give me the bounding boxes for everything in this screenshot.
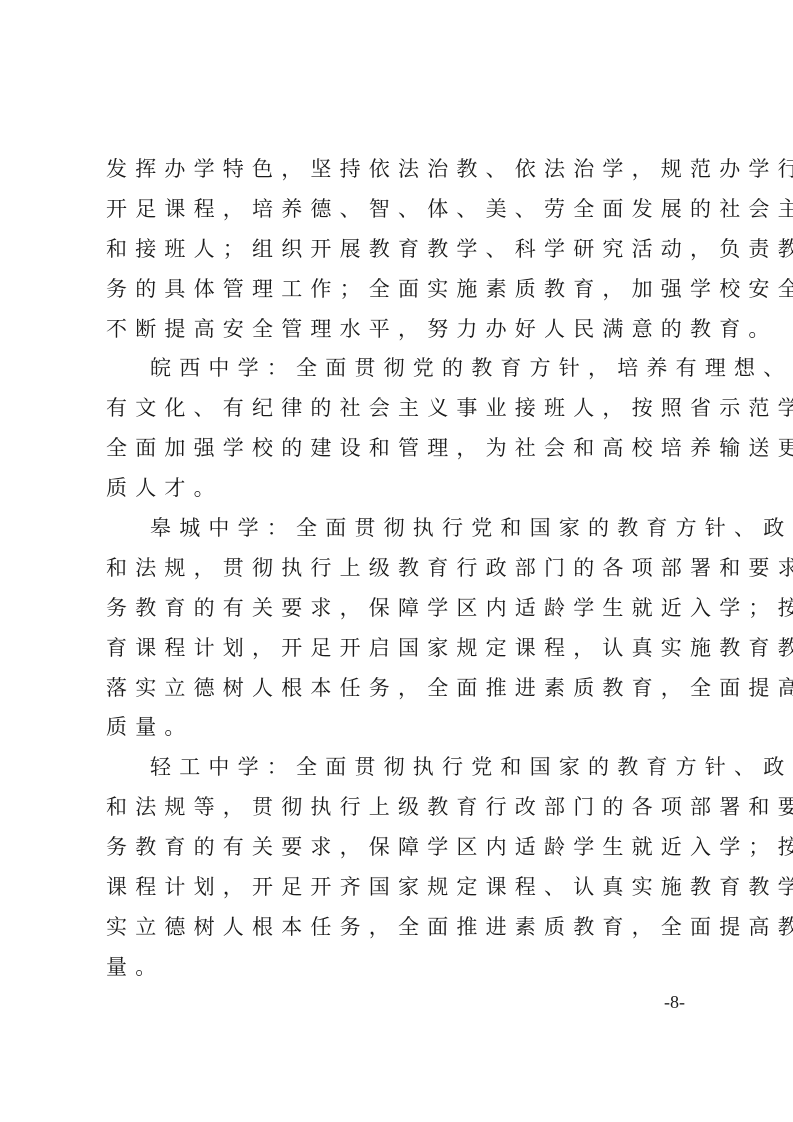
text-line: 质人才。 <box>106 469 696 509</box>
text-line: 课程计划，开足开齐国家规定课程、认真实施教育教学管理，落 <box>106 868 696 908</box>
text-line: 有文化、有纪律的社会主义事业接班人，按照省示范学校的标准， <box>106 389 696 429</box>
text-line: 和接班人；组织开展教育教学、科学研究活动，负责教育教学业 <box>106 230 696 270</box>
page-number: -8- <box>664 990 685 1014</box>
text-line: 实立德树人根本任务，全面推进素质教育，全面提高教育教学质 <box>106 908 696 948</box>
paragraph-intro-continuation: 发挥办学特色，坚持依法治教、依法治学，规范办学行为，开齐 开足课程，培养德、智、… <box>106 150 696 349</box>
paragraph-gaocheng-middle-school: 皋城中学：全面贯彻执行党和国家的教育方针、政策、法律 和法规，贯彻执行上级教育行… <box>106 509 696 748</box>
text-line: 轻工中学：全面贯彻执行党和国家的教育方针、政策、法律 <box>106 748 696 788</box>
paragraph-wanxi-middle-school: 皖西中学：全面贯彻党的教育方针，培养有理想、有道德、 有文化、有纪律的社会主义事… <box>106 349 696 509</box>
text-line: 和法规等，贯彻执行上级教育行改部门的各项部署和要求；落实义 <box>106 788 696 828</box>
text-line: 皋城中学：全面贯彻执行党和国家的教育方针、政策、法律 <box>106 509 696 549</box>
paragraph-qinggong-middle-school: 轻工中学：全面贯彻执行党和国家的教育方针、政策、法律 和法规等，贯彻执行上级教育… <box>106 748 696 987</box>
text-line: 育课程计划，开足开启国家规定课程，认真实施教育教学管理， <box>106 629 696 669</box>
text-line: 全面加强学校的建设和管理，为社会和高校培养输送更多的高素 <box>106 429 696 469</box>
text-line: 落实立德树人根本任务，全面推进素质教育，全面提高教育教学 <box>106 669 696 709</box>
text-line: 务的具体管理工作；全面实施素质教育，加强学校安全教育管理， <box>106 270 696 310</box>
text-line: 和法规，贯彻执行上级教育行政部门的各项部署和要求；落实义 <box>106 549 696 589</box>
text-line: 质量。 <box>106 708 696 748</box>
text-line: 开足课程，培养德、智、体、美、劳全面发展的社会主义建设者 <box>106 190 696 230</box>
text-line: 务教育的有关要求，保障学区内适龄学生就近入学；按照义务教 <box>106 589 696 629</box>
text-line: 皖西中学：全面贯彻党的教育方针，培养有理想、有道德、 <box>106 349 696 389</box>
text-line: 量。 <box>106 948 696 988</box>
text-line: 务教育的有关要求，保障学区内适龄学生就近入学；按照义务教育 <box>106 828 696 868</box>
document-page: 发挥办学特色，坚持依法治教、依法治学，规范办学行为，开齐 开足课程，培养德、智、… <box>0 0 793 1122</box>
body-text: 发挥办学特色，坚持依法治教、依法治学，规范办学行为，开齐 开足课程，培养德、智、… <box>106 150 696 988</box>
text-line: 发挥办学特色，坚持依法治教、依法治学，规范办学行为，开齐 <box>106 150 696 190</box>
text-line: 不断提高安全管理水平，努力办好人民满意的教育。 <box>106 310 696 350</box>
